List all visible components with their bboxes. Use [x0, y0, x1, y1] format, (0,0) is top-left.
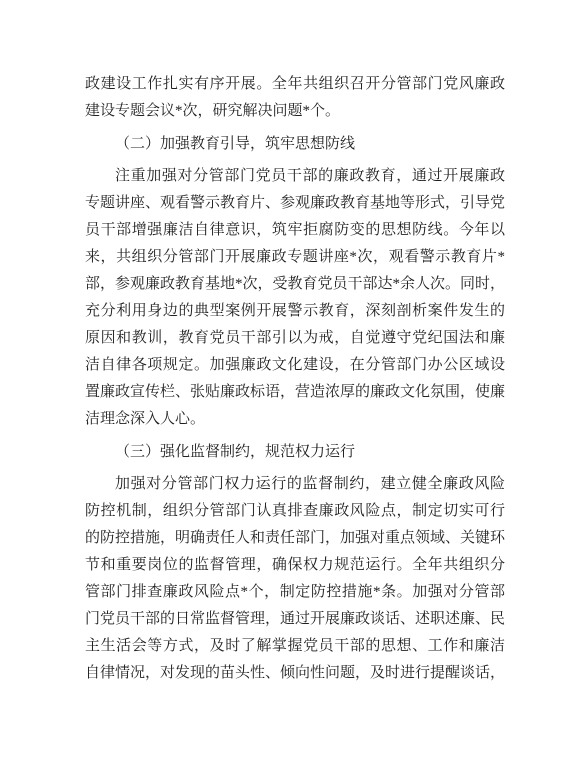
text-line: 原因和教训，教育党员干部引以为戒，自觉遵守党纪国法和廉 — [85, 325, 505, 352]
text-line: 节和重要岗位的监督管理，确保权力规范运行。全年共组织分 — [85, 552, 505, 579]
section-heading: （二）加强教育引导，筑牢思想防线 — [85, 131, 505, 158]
document-page: 政建设工作扎实有序开展。全年共组织召开分管部门党风廉政建设专题会议*次，研究解决… — [0, 0, 586, 759]
text-line: 部，参观廉政教育基地*次，受教育党员干部达*余人次。同时， — [85, 271, 505, 298]
text-line: 防控机制，组织分管部门认真排查廉政风险点，制定切实可行 — [85, 498, 505, 525]
text-line: 主生活会等方式，及时了解掌握党员干部的思想、工作和廉洁 — [85, 633, 505, 660]
text-line: 洁理念深入人心。 — [85, 406, 505, 433]
text-line: 注重加强对分管部门党员干部的廉政教育，通过开展廉政 — [85, 163, 505, 190]
section-heading: （三）强化监督制约，规范权力运行 — [85, 439, 505, 466]
text-line: 充分利用身边的典型案例开展警示教育，深刻剖析案件发生的 — [85, 298, 505, 325]
text-line: 专题讲座、观看警示教育片、参观廉政教育基地等形式，引导党 — [85, 190, 505, 217]
text-line: 员干部增强廉洁自律意识，筑牢拒腐防变的思想防线。今年以 — [85, 217, 505, 244]
text-line: 门党员干部的日常监督管理，通过开展廉政谈话、述职述廉、民 — [85, 606, 505, 633]
text-line: 来，共组织分管部门开展廉政专题讲座*次，观看警示教育片* — [85, 244, 505, 271]
text-line: 的防控措施，明确责任人和责任部门，加强对重点领域、关键环 — [85, 525, 505, 552]
text-line: 政建设工作扎实有序开展。全年共组织召开分管部门党风廉政 — [85, 71, 505, 98]
text-line: 置廉政宣传栏、张贴廉政标语，营造浓厚的廉政文化氛围，使廉 — [85, 379, 505, 406]
text-line: 加强对分管部门权力运行的监督制约，建立健全廉政风险 — [85, 471, 505, 498]
text-line: 自律情况，对发现的苗头性、倾向性问题，及时进行提醒谈话， — [85, 660, 505, 687]
text-line: 建设专题会议*次，研究解决问题*个。 — [85, 98, 505, 125]
text-line: 洁自律各项规定。加强廉政文化建设，在分管部门办公区域设 — [85, 352, 505, 379]
document-text-body: 政建设工作扎实有序开展。全年共组织召开分管部门党风廉政建设专题会议*次，研究解决… — [85, 71, 505, 687]
text-line: 管部门排查廉政风险点*个，制定防控措施*条。加强对分管部 — [85, 579, 505, 606]
